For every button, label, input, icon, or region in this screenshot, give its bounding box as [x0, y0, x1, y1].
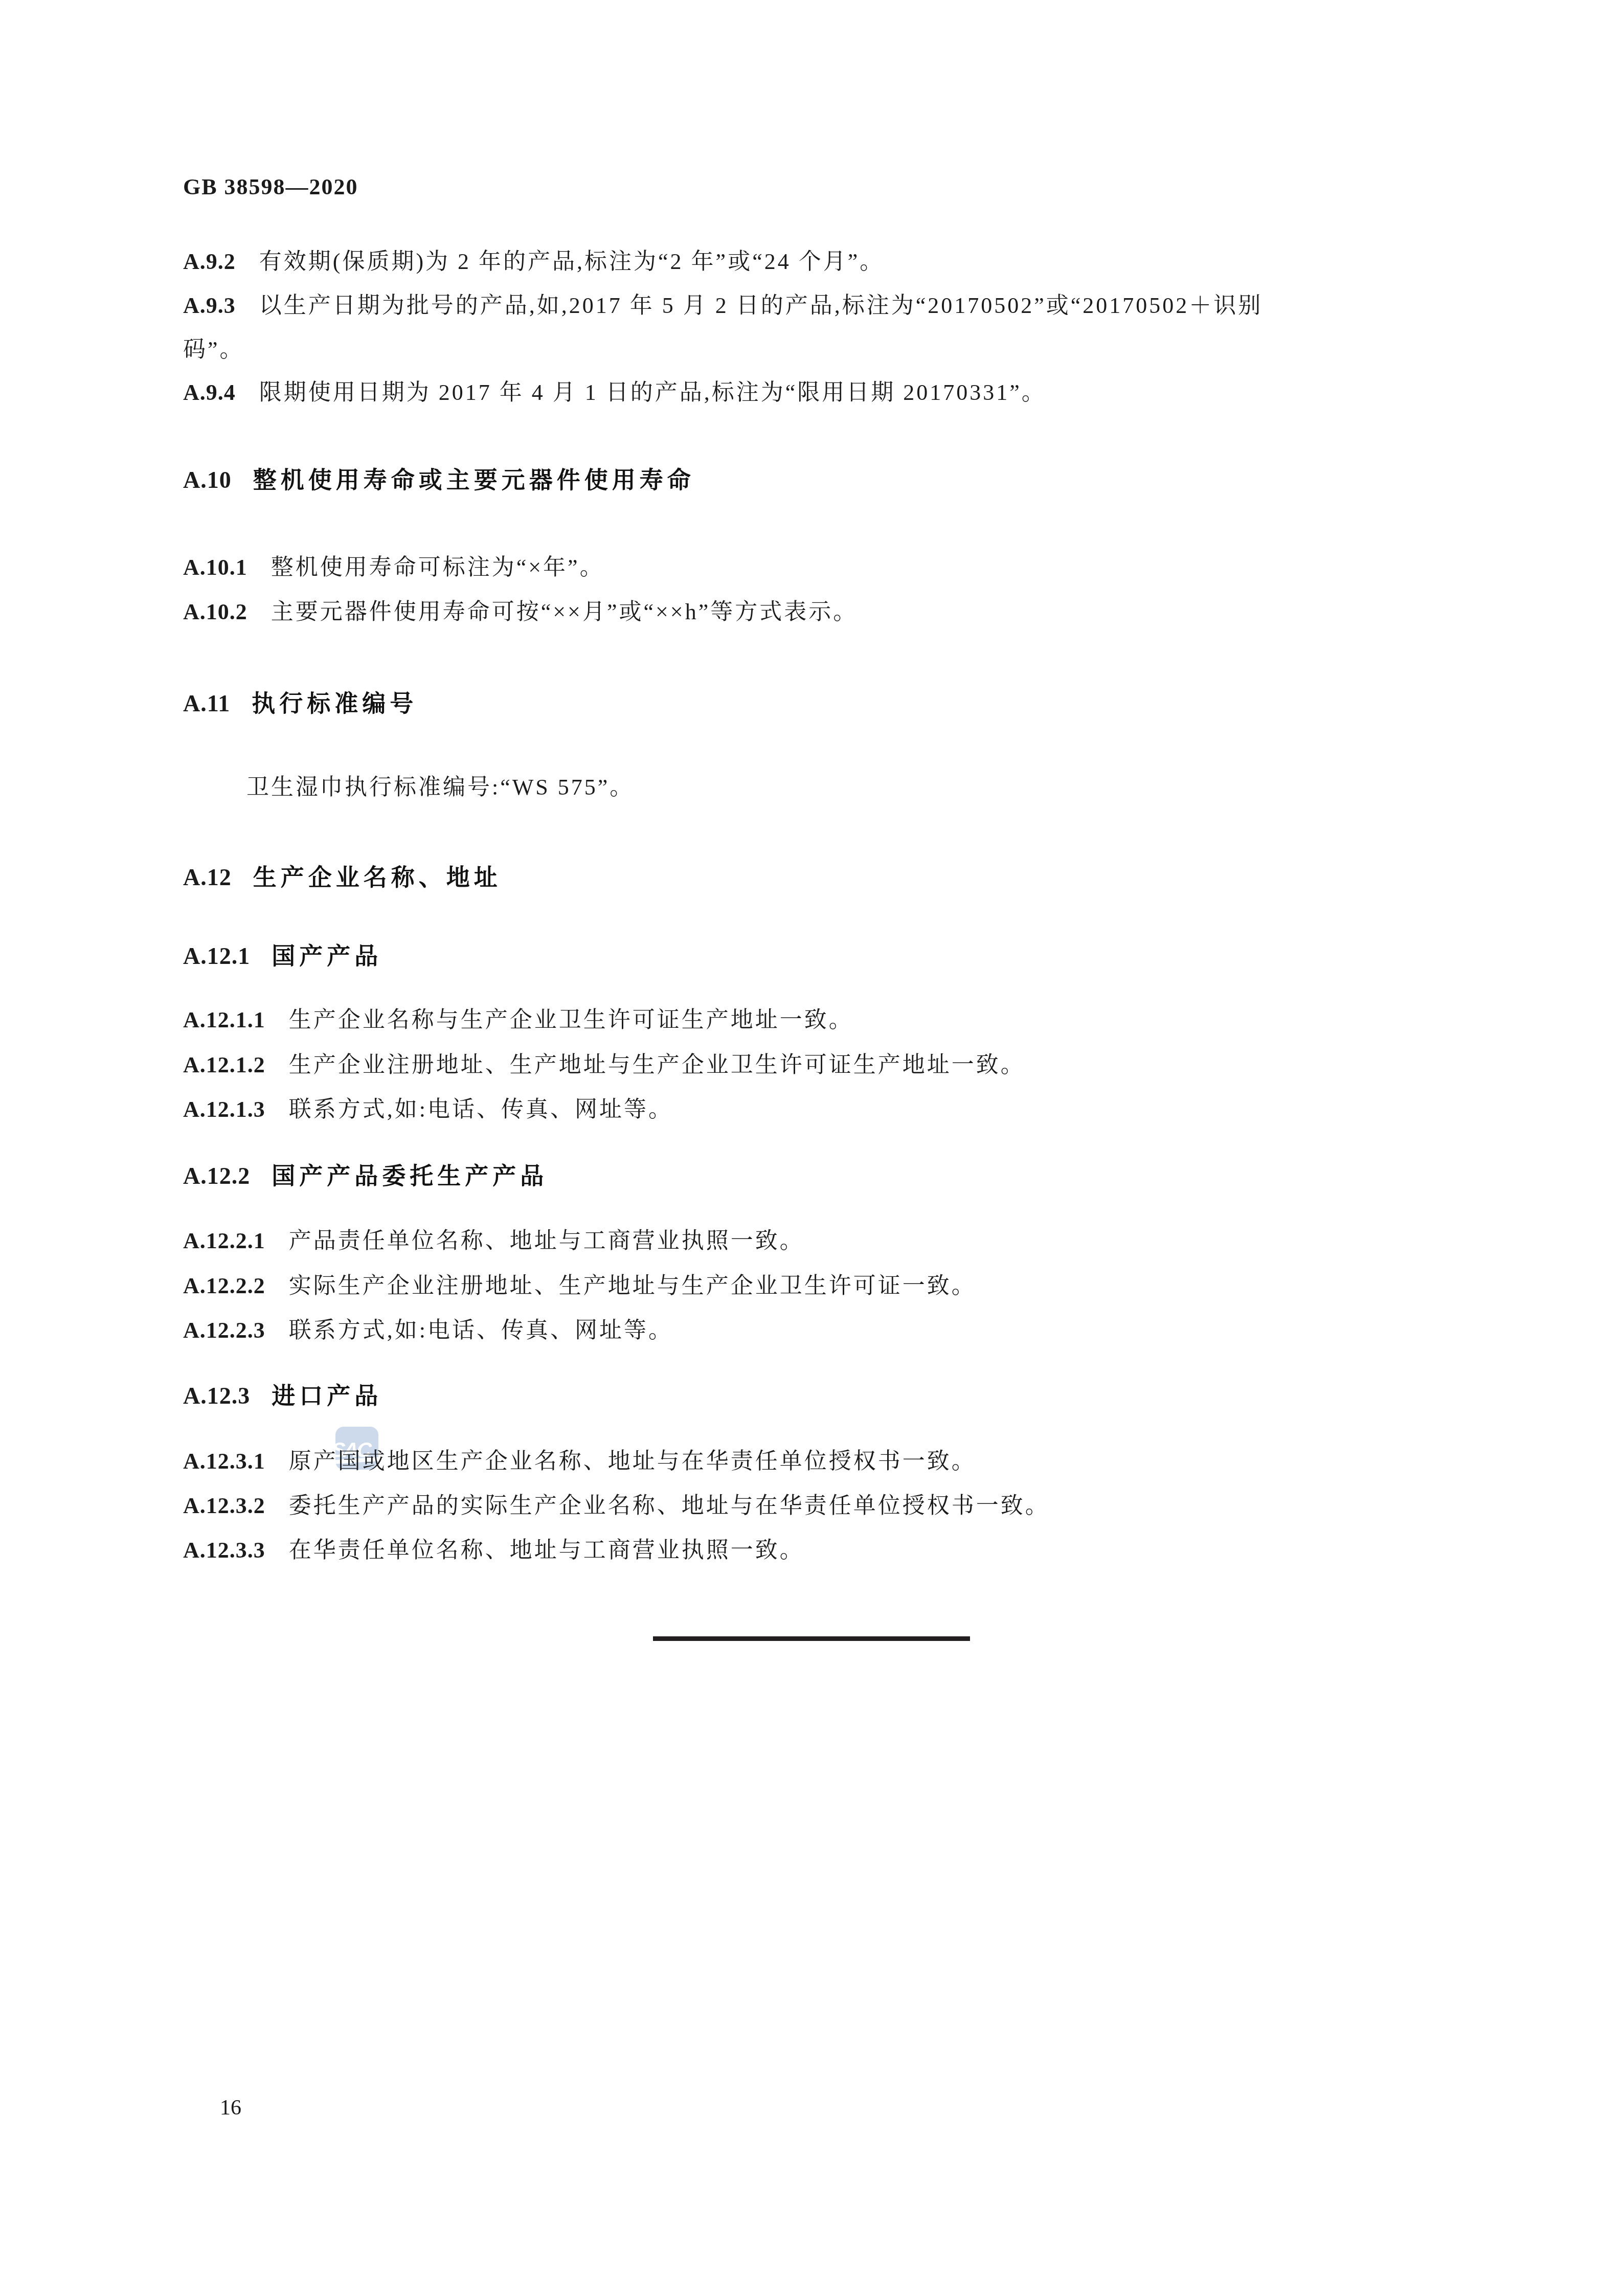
clause-text: 产品责任单位名称、地址与工商营业执照一致。	[289, 1228, 804, 1253]
clause-text: 联系方式,如:电话、传真、网址等。	[289, 1318, 673, 1343]
paragraph-ws575: 卫生湿巾执行标准编号:“WS 575”。	[246, 776, 634, 799]
section-title: 生产企业名称、地址	[253, 864, 502, 890]
clause-a9-2: A.9.2有效期(保质期)为 2 年的产品,标注为“2 年”或“24 个月”。	[183, 251, 884, 273]
clause-text: 主要元器件使用寿命可按“××月”或“××h”等方式表示。	[271, 599, 858, 624]
paragraph-text: 卫生湿巾执行标准编号:“WS 575”。	[246, 775, 634, 800]
clause-text: 有效期(保质期)为 2 年的产品,标注为“2 年”或“24 个月”。	[259, 249, 884, 274]
section-title: 整机使用寿命或主要元器件使用寿命	[253, 466, 695, 493]
section-title: 进口产品	[272, 1382, 382, 1409]
section-heading-a12-2: A.12.2国产产品委托生产产品	[183, 1164, 548, 1188]
clause-a10-1: A.10.1整机使用寿命可标注为“×年”。	[183, 556, 604, 579]
clause-number: A.12.2.1	[183, 1228, 265, 1253]
section-number: A.12	[183, 864, 232, 890]
clause-number: A.12.2.2	[183, 1273, 265, 1298]
section-heading-a12: A.12生产企业名称、地址	[183, 865, 502, 889]
section-number: A.12.2	[183, 1163, 250, 1189]
section-number: A.12.1	[183, 943, 250, 969]
clause-number: A.12.3.2	[183, 1493, 265, 1518]
clause-number: A.12.2.3	[183, 1318, 265, 1343]
clause-a12-3-1: A.12.3.1原产国或地区生产企业名称、地址与在华责任单位授权书一致。	[183, 1450, 976, 1473]
clause-a10-2: A.10.2主要元器件使用寿命可按“××月”或“××h”等方式表示。	[183, 601, 858, 623]
clause-a9-3-continuation: 码”。	[183, 339, 244, 361]
section-title: 国产产品	[272, 942, 382, 969]
clause-number: A.10.1	[183, 555, 247, 580]
standard-document-page: GB 38598—2020 SAC A.9.2有效期(保质期)为 2 年的产品,…	[0, 0, 1623, 2296]
section-heading-a10: A.10整机使用寿命或主要元器件使用寿命	[183, 468, 695, 492]
clause-text: 原产国或地区生产企业名称、地址与在华责任单位授权书一致。	[289, 1449, 976, 1474]
clause-number: A.9.4	[183, 380, 236, 405]
clause-number: A.9.2	[183, 249, 236, 274]
clause-a12-3-2: A.12.3.2委托生产产品的实际生产企业名称、地址与在华责任单位授权书一致。	[183, 1495, 1050, 1517]
clause-text: 以生产日期为批号的产品,如,2017 年 5 月 2 日的产品,标注为“2017…	[259, 293, 1263, 318]
section-title: 国产产品委托生产产品	[272, 1162, 548, 1189]
clause-a12-3-3: A.12.3.3在华责任单位名称、地址与工商营业执照一致。	[183, 1539, 804, 1562]
clause-a9-4: A.9.4限期使用日期为 2017 年 4 月 1 日的产品,标注为“限用日期 …	[183, 381, 1046, 404]
clause-a9-3: A.9.3以生产日期为批号的产品,如,2017 年 5 月 2 日的产品,标注为…	[183, 295, 1263, 317]
clause-number: A.12.1.1	[183, 1007, 265, 1032]
clause-a12-1-2: A.12.1.2生产企业注册地址、生产地址与生产企业卫生许可证生产地址一致。	[183, 1054, 1025, 1076]
clause-number: A.12.1.3	[183, 1097, 265, 1122]
clause-text: 码”。	[183, 337, 244, 362]
clause-text: 整机使用寿命可标注为“×年”。	[271, 555, 604, 580]
clause-number: A.12.1.2	[183, 1052, 265, 1077]
clause-a12-2-2: A.12.2.2实际生产企业注册地址、生产地址与生产企业卫生许可证一致。	[183, 1275, 976, 1297]
standard-code-header: GB 38598—2020	[183, 174, 358, 200]
clause-text: 生产企业名称与生产企业卫生许可证生产地址一致。	[289, 1007, 853, 1032]
page-number: 16	[220, 2096, 241, 2120]
clause-a12-1-1: A.12.1.1生产企业名称与生产企业卫生许可证生产地址一致。	[183, 1009, 853, 1031]
clause-text: 在华责任单位名称、地址与工商营业执照一致。	[289, 1538, 804, 1563]
clause-number: A.12.3.1	[183, 1449, 265, 1474]
section-number: A.12.3	[183, 1383, 250, 1409]
clause-text: 实际生产企业注册地址、生产地址与生产企业卫生许可证一致。	[289, 1273, 976, 1298]
clause-a12-2-1: A.12.2.1产品责任单位名称、地址与工商营业执照一致。	[183, 1230, 804, 1252]
section-heading-a12-3: A.12.3进口产品	[183, 1384, 382, 1408]
clause-a12-2-3: A.12.2.3联系方式,如:电话、传真、网址等。	[183, 1319, 673, 1342]
clause-text: 联系方式,如:电话、传真、网址等。	[289, 1097, 673, 1122]
clause-text: 委托生产产品的实际生产企业名称、地址与在华责任单位授权书一致。	[289, 1493, 1050, 1518]
section-number: A.11	[183, 690, 230, 716]
end-of-annex-rule	[653, 1636, 970, 1641]
clause-text: 生产企业注册地址、生产地址与生产企业卫生许可证生产地址一致。	[289, 1052, 1025, 1077]
section-number: A.10	[183, 467, 232, 493]
clause-text: 限期使用日期为 2017 年 4 月 1 日的产品,标注为“限用日期 20170…	[259, 380, 1046, 405]
section-heading-a12-1: A.12.1国产产品	[183, 944, 382, 968]
section-heading-a11: A.11执行标准编号	[183, 691, 417, 715]
clause-number: A.12.3.3	[183, 1538, 265, 1563]
clause-number: A.10.2	[183, 599, 247, 624]
section-title: 执行标准编号	[252, 690, 417, 716]
clause-a12-1-3: A.12.1.3联系方式,如:电话、传真、网址等。	[183, 1098, 673, 1121]
clause-number: A.9.3	[183, 293, 236, 318]
